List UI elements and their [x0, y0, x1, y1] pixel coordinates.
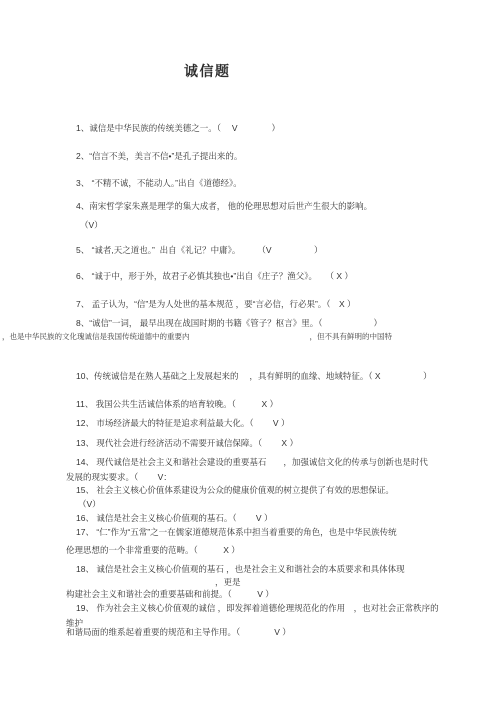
question-line-16: 16、 诚信是社会主义核心价值观的基石。（ V ）	[76, 514, 272, 523]
question-line-14b: 发展的现实要求。（ V：	[66, 473, 172, 482]
question-line-4: 4、南宋哲学家朱熹是理学的集大成者， 他的伦理思想对后世产生很大的影响。	[76, 202, 372, 211]
question-line-6: 6、 “诚于中，形于外，故君子必慎其独也•”出自《庄子？渔父》。 （ X ）	[76, 272, 353, 281]
question-line-17: 17、 “仁”作为“五常”之一在儒家道德规范体系中担当着重要的角色，也是中华民族…	[76, 528, 397, 537]
question-line-10: 10、传统诚信是在熟人基础之上发展起来的 ，具有鲜明的血缘、地域特征。（ X ）	[76, 372, 432, 381]
answer-line-15: （V）	[78, 500, 101, 509]
question-line-1: 1、诚信是中华民族的传统美德之一。（ V ）	[76, 124, 280, 133]
question-line-19: 19、 作为社会主义核心价值观的诚信 ，即发挥着道德伦理规范化的作用 ，也对社会…	[76, 604, 439, 613]
question-line-2: 2、“信言不美，美言不信•”是孔子提出来的。	[76, 152, 242, 161]
question-line-8: 8、“诚信”一词， 最早出现在战国时期的书籍《管子？枢言》里。（ ）	[76, 319, 382, 328]
page-title: 诚信题	[184, 61, 231, 81]
question-line-19c: 和谐局面的维系起着重要的规范和主导作用。（ V ）	[66, 628, 291, 637]
question-line-7: 7、 孟子认为，“信”是为人处世的基本规范 ，要“言必信，行必果”。（ X ）	[76, 300, 356, 309]
question-line-12: 12、 市场经济最大的特征是追求利益最大化。（ V ）	[76, 419, 289, 428]
question-line-15: 15、 社会主义核心价值体系建设为公众的健康价值观的树立提供了有效的思想保证。	[76, 486, 394, 495]
question-line-5: 5、 “诚者,天之道也。” 出自《礼记？中庸》。 （V ）	[76, 246, 323, 255]
question-line-18b: ，更是	[215, 578, 241, 587]
question-line-13: 13、 现代社会进行经济活动不需要开诚信保障。（ X ）	[76, 439, 298, 448]
question-line-18: 18、 诚信是社会主义核心价值观的基石 ，也是社会主义和谐社会的本质要求和具体体…	[76, 565, 405, 574]
question-line-14: 14、 现代诚信是社会主义和谐社会建设的重要基石 ，加强诚信文化的传承与创新也是…	[76, 458, 428, 467]
question-line-3: 3、 “不精不诚，不能动人。”出自《道德经》。	[76, 179, 242, 188]
ghost-overlap-line-9: ，也是中华民族的文化瑰诚信是我国传统道德中的重要内 ，但不具有鲜明的中国特	[2, 333, 392, 341]
question-line-18c: 构建社会主义和谐社会的重要基础和前提。（ V ）	[66, 590, 274, 599]
question-line-17b: 伦理思想的一个非常重要的范畴。（ X ）	[66, 546, 240, 555]
answer-line-4: （V）	[80, 221, 103, 230]
document-page: 诚信题 1、诚信是中华民族的传统美德之一。（ V ）2、“信言不美，美言不信•”…	[0, 0, 500, 708]
question-line-11: 11、 我国公共生活诚信体系的培育较晚。（ X ）	[76, 400, 278, 409]
